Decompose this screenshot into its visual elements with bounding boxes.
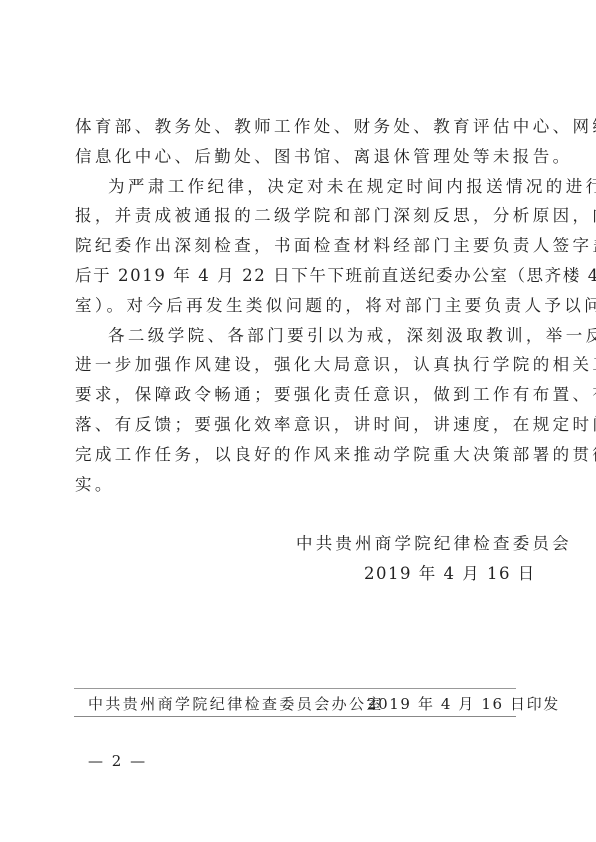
document-body: 体育部、教务处、教师工作处、财务处、教育评估中心、网络与 信息化中心、后勤处、图… [75, 112, 517, 499]
paragraph-3: 各二级学院、各部门要引以为戒，深刻汲取教训，举一反三， 进一步加强作风建设，强化… [75, 321, 517, 500]
paragraph-2: 为严肃工作纪律，决定对未在规定时间内报送情况的进行通 报，并责成被通报的二级学院… [75, 172, 517, 321]
text-line: 进一步加强作风建设，强化大局意识，认真执行学院的相关工作 [75, 350, 517, 380]
signature-date: 2019 年 4 月 16 日 [364, 560, 536, 584]
page-number: — 2 — [88, 752, 147, 770]
document-page: 体育部、教务处、教师工作处、财务处、教育评估中心、网络与 信息化中心、后勤处、图… [0, 0, 596, 842]
text-line: 各二级学院、各部门要引以为戒，深刻汲取教训，举一反三， [75, 321, 517, 351]
text-line: 后于 2019 年 4 月 22 日下午下班前直送纪委办公室（思齐楼 437 [75, 261, 517, 291]
text-line: 室）。对今后再发生类似问题的，将对部门主要负责人予以问责。 [75, 291, 517, 321]
text-line: 信息化中心、后勤处、图书馆、离退休管理处等未报告。 [75, 142, 517, 172]
text-line: 体育部、教务处、教师工作处、财务处、教育评估中心、网络与 [75, 112, 517, 142]
text-line: 院纪委作出深刻检查，书面检查材料经部门主要负责人签字盖章 [75, 231, 517, 261]
text-line: 完成工作任务，以良好的作风来推动学院重大决策部署的贯彻落 [75, 440, 517, 470]
text-line: 要求，保障政令畅通；要强化责任意识，做到工作有布置、有着 [75, 380, 517, 410]
text-line: 实。 [75, 470, 517, 500]
text-line: 落、有反馈；要强化效率意识，讲时间，讲速度，在规定时间内 [75, 410, 517, 440]
paragraph-1: 体育部、教务处、教师工作处、财务处、教育评估中心、网络与 信息化中心、后勤处、图… [75, 112, 517, 172]
signature-organization: 中共贵州商学院纪律检查委员会 [296, 530, 572, 554]
imprint-issuer: 中共贵州商学院纪律检查委员会办公室 [88, 693, 384, 714]
text-line: 报，并责成被通报的二级学院和部门深刻反思，分析原因，向学 [75, 201, 517, 231]
imprint-date: 2019 年 4 月 16 日印发 [367, 693, 560, 714]
text-line: 为严肃工作纪律，决定对未在规定时间内报送情况的进行通 [75, 172, 517, 202]
imprint-top-rule [74, 688, 516, 689]
imprint-bottom-rule [74, 716, 516, 717]
